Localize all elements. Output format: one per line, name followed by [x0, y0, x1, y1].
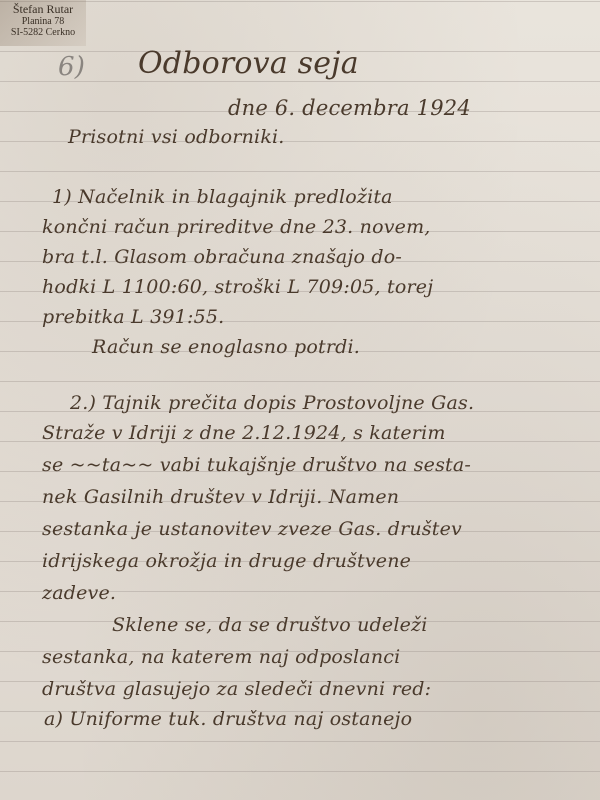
meeting-date: dne 6. decembra 1924 — [228, 96, 471, 120]
item2-line2: Straže v Idriji z dne 2.12.1924, s kater… — [42, 422, 446, 444]
stamp-street: Planina 78 — [0, 16, 86, 27]
item2-line1: 2.) Tajnik prečita dopis Prostovoljne Ga… — [70, 392, 474, 414]
document-title: Odborova seja — [138, 46, 359, 81]
item1-line2: končni račun prireditve dne 23. novem, — [42, 216, 431, 238]
item2-resolution-line1: Sklene se, da se društvo udeleži — [112, 614, 428, 636]
page-number: 6) — [58, 52, 85, 82]
item1-resolution: Račun se enoglasno potrdi. — [92, 336, 360, 358]
stamp-name: Štefan Rutar — [0, 3, 86, 16]
item2-line7: zadeve. — [42, 582, 116, 604]
item2-line4: nek Gasilnih društev v Idriji. Namen — [42, 486, 399, 508]
stamp-city: SI-5282 Cerkno — [0, 27, 86, 38]
document-page: Štefan Rutar Planina 78 SI-5282 Cerkno 6… — [0, 0, 600, 800]
item2-line6: idrijskega okrožja in druge društvene — [42, 550, 411, 572]
item2-line3: se ~~ta~~ vabi tukajšnje društvo na sest… — [42, 454, 471, 476]
item1-line3: bra t.l. Glasom obračuna znašajo do- — [42, 246, 402, 268]
item1-line4: hodki L 1100:60, stroški L 709:05, torej — [42, 276, 433, 298]
item2-resolution-line3: društva glasujejo za sledeči dnevni red: — [42, 678, 431, 700]
item1-line5: prebitka L 391:55. — [42, 306, 224, 328]
archive-stamp: Štefan Rutar Planina 78 SI-5282 Cerkno — [0, 0, 86, 46]
item2-line5: sestanka je ustanovitev zveze Gas. društ… — [42, 518, 462, 540]
item2-resolution-line4: a) Uniforme tuk. društva naj ostanejo — [44, 708, 412, 730]
attendance-line: Prisotni vsi odborniki. — [68, 126, 285, 148]
item2-resolution-line2: sestanka, na katerem naj odposlanci — [42, 646, 400, 668]
item1-line1: 1) Načelnik in blagajnik predložita — [52, 186, 393, 208]
